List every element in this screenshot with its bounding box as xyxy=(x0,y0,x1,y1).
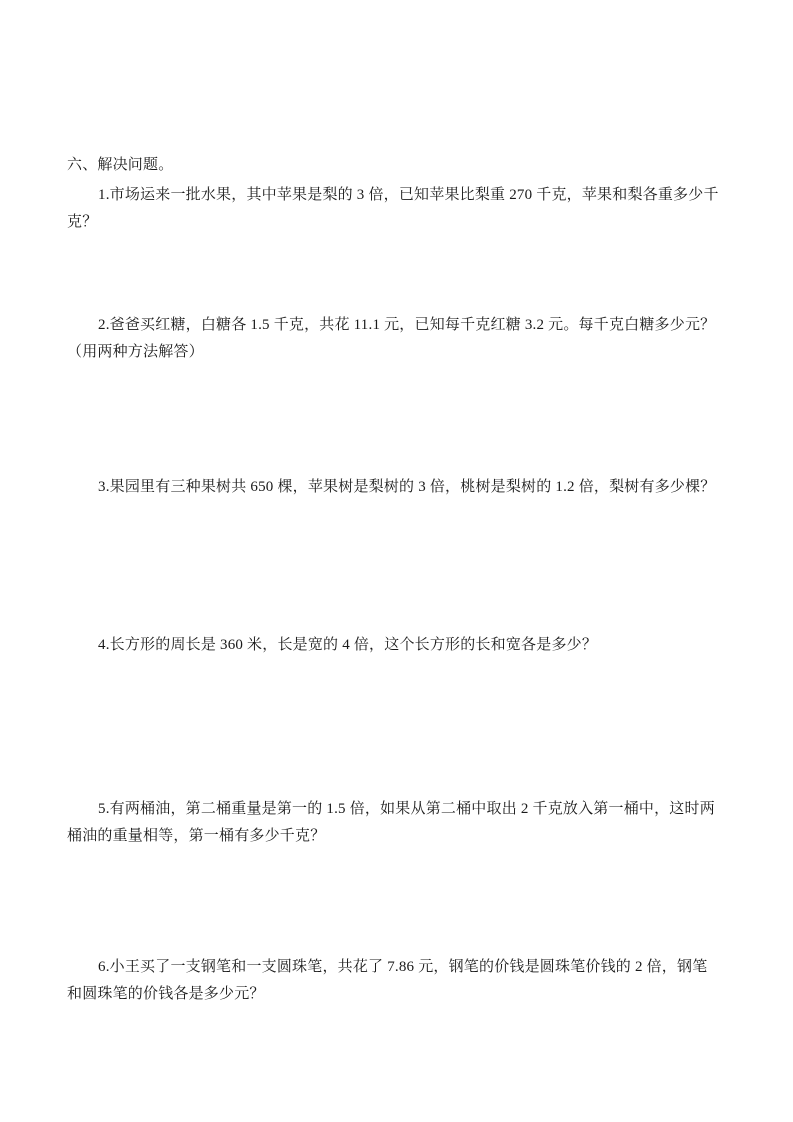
problem-4: 4.长方形的周长是 360 米，长是宽的 4 倍，这个长方形的长和宽各是多少？ xyxy=(67,632,722,659)
section-heading: 六、解决问题。 xyxy=(67,152,722,179)
problem-6: 6.小王买了一支钢笔和一支圆珠笔，共花了 7.86 元，钢笔的价钱是圆珠笔价钱的… xyxy=(67,954,722,1008)
problem-5: 5.有两桶油，第二桶重量是第一的 1.5 倍，如果从第二桶中取出 2 千克放入第… xyxy=(67,796,722,850)
problem-1: 1.市场运来一批水果，其中苹果是梨的 3 倍，已知苹果比梨重 270 千克，苹果… xyxy=(67,182,722,236)
worksheet-page: 六、解决问题。 1.市场运来一批水果，其中苹果是梨的 3 倍，已知苹果比梨重 2… xyxy=(0,0,793,1122)
problem-2: 2.爸爸买红糖，白糖各 1.5 千克，共花 11.1 元，已知每千克红糖 3.2… xyxy=(67,312,722,366)
problem-3: 3.果园里有三种果树共 650 棵，苹果树是梨树的 3 倍，桃树是梨树的 1.2… xyxy=(67,474,722,501)
